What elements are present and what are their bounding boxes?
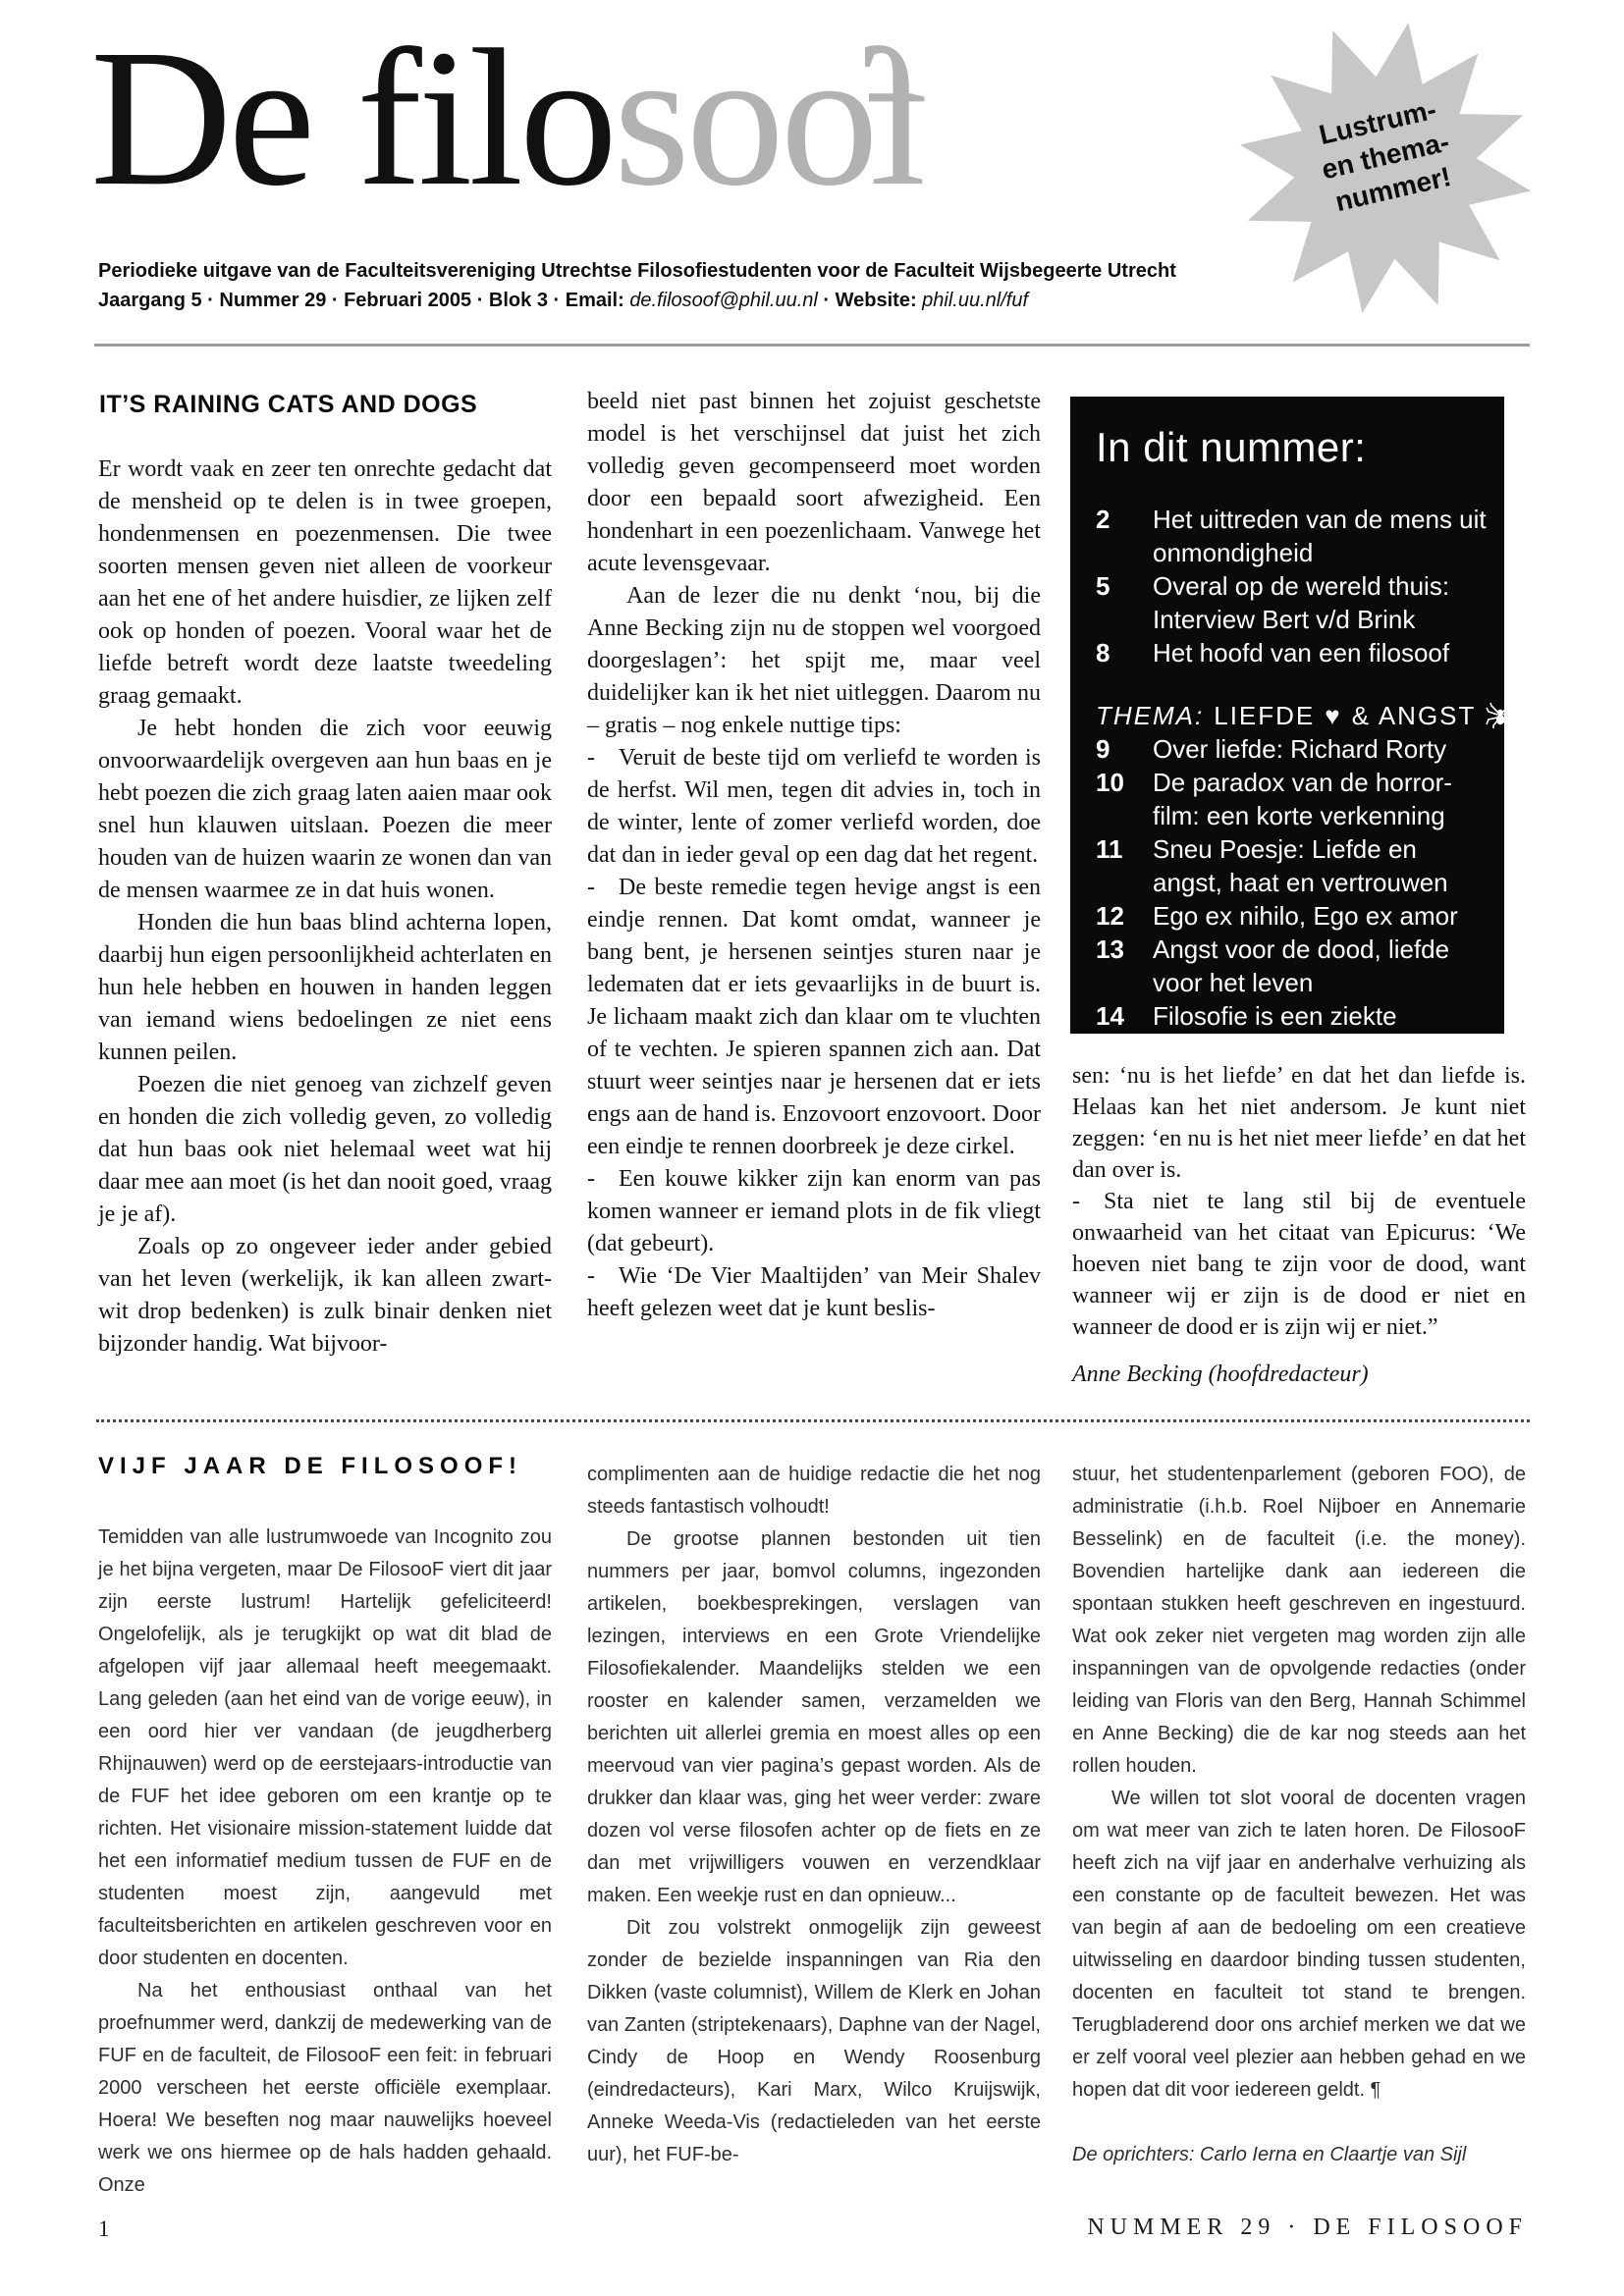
article2-title: VIJF JAAR DE FILOSOOF! (98, 1453, 522, 1480)
toc-item: 5 Overal op de wereld thuis: Interview B… (1096, 569, 1487, 636)
article2-signature: De oprichters: Carlo Ierna en Claartje v… (1072, 2139, 1526, 2171)
footer-issue-label: NUMMER 29 · DE FILOSOOF (978, 2215, 1528, 2241)
paragraph: We willen tot slot vooral de docenten vr… (1072, 1783, 1526, 2107)
toc-item-title: Angst voor de dood, liefde voor het leve… (1153, 933, 1487, 999)
toc-heading: In dit nummer: (1096, 424, 1487, 471)
paragraph: - Veruit de beste tijd om verliefd te wo… (587, 742, 1041, 872)
toc-item-title: Ego ex nihilo, Ego ex amor (1153, 899, 1487, 933)
article1-title: IT’S RAINING CATS AND DOGS (99, 391, 477, 419)
magazine-title-black: De filo (90, 10, 614, 227)
toc-page-number: 2 (1096, 503, 1153, 569)
imprint-line-2: Jaargang 5 · Nummer 29 · Februari 2005 ·… (98, 286, 1542, 315)
theme-word-angst: & ANGST (1352, 699, 1477, 732)
toc-page-number: 13 (1096, 933, 1153, 999)
toc-item-title: Sneu Poesje: Liefde en angst, haat en ve… (1153, 832, 1487, 899)
paragraph: Temidden van alle lustrumwoede van Incog… (98, 1522, 552, 1975)
imprint-line-1: Periodieke uitgave van de Faculteitsvere… (98, 256, 1542, 286)
paragraph: - Wie ‘De Vier Maaltijden’ van Meir Shal… (587, 1260, 1041, 1325)
toc-item-title: Het uittreden van de mens uit onmondighe… (1153, 503, 1487, 569)
paragraph: - De beste remedie tegen hevige angst is… (587, 872, 1041, 1163)
imprint: Periodieke uitgave van de Faculteitsvere… (98, 256, 1542, 315)
paragraph: Dit zou volstrekt onmogelijk zijn gewees… (587, 1912, 1041, 2171)
toc-item: 11 Sneu Poesje: Liefde en angst, haat en… (1096, 832, 1487, 899)
website-label: · Website: (818, 290, 922, 311)
magazine-page: De filosoof Lustrum- en thema- nummer! P… (0, 0, 1624, 2296)
toc-item: 14 Filosofie is een ziekte (1096, 999, 1487, 1033)
email-address: de.filosoof@phil.uu.nl (629, 290, 818, 311)
toc-item-title: Het hoofd van een filosoof (1153, 636, 1487, 669)
article1-column-1: Er wordt vaak en zeer ten onrechte gedac… (98, 454, 552, 1361)
toc-page-number: 14 (1096, 999, 1153, 1033)
toc-theme-row: THEMA: LIEFDE ♥ & ANGST (1096, 699, 1487, 732)
paragraph: Zoals op zo ongeveer ieder ander gebied … (98, 1231, 552, 1361)
toc-item: 13 Angst voor de dood, liefde voor het l… (1096, 933, 1487, 999)
article2-column-3: stuur, het studentenparlement (geboren F… (1072, 1459, 1526, 2171)
paragraph: Aan de lezer die nu denkt ‘nou, bij die … (587, 580, 1041, 742)
toc-item: 2 Het uittreden van de mens uit onmondig… (1096, 503, 1487, 569)
article2-column-2: complimenten aan de huidige redactie die… (587, 1459, 1041, 2171)
paragraph: beeld niet past binnen het zojuist gesch… (587, 386, 1041, 580)
page-number: 1 (98, 2216, 110, 2242)
paragraph: complimenten aan de huidige redactie die… (587, 1459, 1041, 1523)
paragraph: stuur, het studentenparlement (geboren F… (1072, 1459, 1526, 1783)
article1-column-3: sen: ‘nu is het liefde’ en dat het dan l… (1072, 1060, 1526, 1390)
toc-item: 10 De paradox van de horror­film: een ko… (1096, 766, 1487, 832)
header-divider (94, 344, 1530, 347)
toc-item-title: Overal op de wereld thuis: Interview Ber… (1153, 569, 1487, 636)
theme-word-liefde: LIEFDE (1214, 699, 1315, 732)
spider-icon (1486, 702, 1515, 729)
website-address: phil.uu.nl/fuf (922, 290, 1028, 311)
magazine-title: De filosoof (90, 16, 930, 222)
table-of-contents: In dit nummer: 2 Het uittreden van de me… (1070, 397, 1504, 1034)
toc-item-title: Over liefde: Richard Rorty (1153, 732, 1487, 766)
paragraph: Er wordt vaak en zeer ten onrechte gedac… (98, 454, 552, 713)
theme-label: THEMA: (1096, 699, 1204, 732)
article1-signature: Anne Becking (hoofdredacteur) (1072, 1359, 1526, 1390)
paragraph: Na het enthousiast onthaal van het proef… (98, 1975, 552, 2202)
paragraph: - Sta niet te lang stil bij de eventuele… (1072, 1186, 1526, 1343)
paragraph: Je hebt honden die zich voor eeuwig onvo… (98, 713, 552, 907)
paragraph: sen: ‘nu is het liefde’ en dat het dan l… (1072, 1060, 1526, 1186)
section-divider (96, 1419, 1530, 1422)
toc-page-number: 12 (1096, 899, 1153, 933)
magazine-title-gray: soo (614, 10, 875, 227)
toc-item: 9 Over liefde: Richard Rorty (1096, 732, 1487, 766)
paragraph: De grootse plannen bestonden uit tien nu… (587, 1523, 1041, 1912)
heart-icon: ♥ (1325, 699, 1341, 732)
toc-page-number: 5 (1096, 569, 1153, 636)
article1-column-2: beeld niet past binnen het zojuist gesch… (587, 386, 1041, 1325)
toc-page-number: 10 (1096, 766, 1153, 832)
magazine-title-mirrored-f: f (869, 16, 931, 222)
paragraph: - Een kouwe kikker zijn kan enorm van pa… (587, 1163, 1041, 1260)
toc-item-title: De paradox van de horror­film: een korte… (1153, 766, 1487, 832)
toc-item: 12 Ego ex nihilo, Ego ex amor (1096, 899, 1487, 933)
toc-page-number: 9 (1096, 732, 1153, 766)
toc-item: 8 Het hoofd van een filosoof (1096, 636, 1487, 669)
paragraph: Honden die hun baas blind achterna lopen… (98, 907, 552, 1069)
article2-column-1: Temidden van alle lustrumwoede van Incog… (98, 1522, 552, 2202)
toc-page-number: 11 (1096, 832, 1153, 899)
issue-info: Jaargang 5 · Nummer 29 · Februari 2005 ·… (98, 290, 629, 311)
toc-item-title: Filosofie is een ziekte (1153, 999, 1487, 1033)
paragraph: Poezen die niet genoeg van zichzelf geve… (98, 1069, 552, 1231)
toc-page-number: 8 (1096, 636, 1153, 669)
